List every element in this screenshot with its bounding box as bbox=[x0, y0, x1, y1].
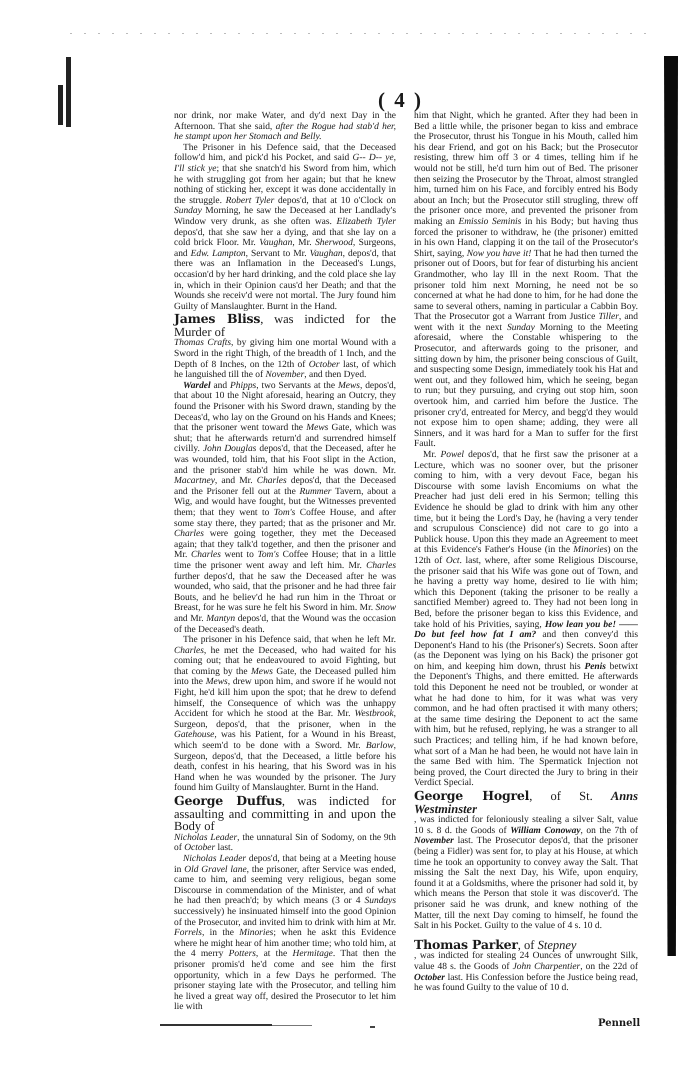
italic-text: October bbox=[184, 843, 215, 853]
scan-artifact-top bbox=[70, 33, 650, 34]
text: That he had then turned the prisoner out… bbox=[414, 249, 638, 323]
page-number: ( 4 ) bbox=[378, 88, 423, 113]
place-name: Tom's bbox=[257, 550, 279, 560]
case-heading-bliss: James Bliss, was indicted for the Murder… bbox=[174, 313, 396, 338]
text: The prisoner in his Defence said, that w… bbox=[183, 635, 396, 645]
case-heading-hogrel: George Hogrel, of St. Anns Westminster bbox=[414, 790, 638, 815]
witness-name: Sherwood bbox=[315, 238, 353, 248]
witness-name: Westbrook bbox=[354, 709, 393, 719]
witness-name: Mantyn bbox=[206, 614, 235, 624]
text: last. The Prosecutor depos'd, that the p… bbox=[414, 836, 638, 931]
case-body-hogrel: , was indicted for feloniously stealing … bbox=[414, 815, 638, 932]
person-name: Tiller bbox=[598, 312, 618, 322]
text: depos'd, that at 10 o'Clock on bbox=[274, 196, 396, 206]
witness-name: Phipps bbox=[230, 381, 256, 391]
case-indictment-duffus: Nicholas Leader, the unnatural Sin of So… bbox=[174, 833, 396, 854]
witness-name: Wardel bbox=[183, 381, 211, 391]
binding-shadow-left bbox=[66, 57, 71, 127]
italic-text: Sundays bbox=[365, 896, 396, 906]
person-name: Forrels bbox=[174, 928, 202, 938]
place-name: Mews bbox=[206, 677, 228, 687]
text: Mr. bbox=[423, 450, 440, 460]
witness-name: Vaughan bbox=[259, 238, 292, 248]
text: , of St. bbox=[529, 789, 611, 803]
witness-name: Snow bbox=[376, 603, 396, 613]
catchword: Pennell bbox=[598, 1018, 640, 1029]
text: , at the bbox=[256, 949, 293, 959]
text: , and Mr. bbox=[215, 476, 257, 486]
witness-name: Charles bbox=[174, 646, 204, 656]
text: Morning to the Meeting aforesaid, where … bbox=[414, 323, 638, 450]
paragraph-leader-testimony: Nicholas Leader depos'd, that being at a… bbox=[174, 854, 396, 1013]
witness-name: Nicholas Leader bbox=[183, 854, 246, 864]
text: , of bbox=[518, 938, 538, 952]
paragraph-prisoner-defence: The Prisoner in his Defence said, that t… bbox=[174, 143, 396, 313]
case-body-parker: , was indicted for stealing 24 Ounces of… bbox=[414, 951, 638, 993]
paragraph-leader-testimony-cont: him that Night, which he granted. After … bbox=[414, 111, 638, 450]
text: depos'd, that he first saw the prisoner … bbox=[414, 450, 638, 555]
scan-artifact-bottom bbox=[160, 1024, 272, 1026]
italic-text: Sunday bbox=[174, 206, 202, 216]
binding-shadow-left-inner bbox=[58, 85, 63, 125]
text: . last, where, after some Religious Disc… bbox=[414, 556, 638, 630]
italic-text: Penis bbox=[584, 662, 606, 672]
place-name: Rummer bbox=[300, 487, 332, 497]
text: last. bbox=[215, 843, 233, 853]
victim-name: John Charpentier bbox=[513, 962, 581, 972]
binding-edge-right bbox=[664, 56, 678, 956]
scan-artifact-bottom bbox=[272, 1025, 312, 1026]
place-name: Potters bbox=[229, 949, 256, 959]
paragraph-witnesses-bliss: Wardel and Phipps, two Servants at the M… bbox=[174, 381, 396, 635]
case-heading-duffus: George Duffus, was indicted for assaulti… bbox=[174, 795, 396, 833]
italic-text: Emissio Seminis bbox=[458, 217, 521, 227]
place-name: Minories bbox=[239, 928, 273, 938]
text: and bbox=[211, 381, 230, 391]
text: successively) he insinuated himself into… bbox=[174, 907, 396, 928]
victim-name: William Conoway bbox=[510, 826, 580, 836]
witness-name: Charles bbox=[257, 476, 287, 486]
place-name: Old Gravel lane bbox=[184, 865, 246, 875]
witness-name: Edw. Lampton bbox=[191, 249, 246, 259]
text: , and then Dyed. bbox=[304, 370, 366, 380]
text: further depos'd, that he saw the Decease… bbox=[174, 572, 396, 614]
italic-text: Now you have it! bbox=[467, 249, 532, 259]
victim-name: Thomas Crafts bbox=[174, 338, 231, 348]
text: , two Servants at the bbox=[256, 381, 338, 391]
scanned-document-page: ( 4 ) nor drink, nor make Water, and dy'… bbox=[0, 0, 700, 1088]
paragraph-testimony-end: nor drink, nor make Water, and dy'd next… bbox=[174, 111, 396, 143]
paragraph-bliss-defence: The prisoner in his Defence said, that w… bbox=[174, 635, 396, 794]
witness-name: Elizabeth Tyler bbox=[337, 217, 397, 227]
place-name: Minories bbox=[573, 545, 607, 555]
italic-text: October bbox=[309, 360, 340, 370]
witness-name: Barlow bbox=[366, 741, 394, 751]
italic-text: October bbox=[414, 973, 445, 983]
witness-name: Robert Tyler bbox=[226, 196, 275, 206]
right-column: him that Night, which he granted. After … bbox=[414, 111, 638, 994]
text: , in the bbox=[202, 928, 239, 938]
italic-text: Oct bbox=[446, 556, 460, 566]
witness-name: Charles bbox=[366, 561, 396, 571]
text: , Servant to Mr. bbox=[246, 249, 310, 259]
place-name: Tom's bbox=[274, 508, 296, 518]
witness-name: Charles bbox=[174, 529, 204, 539]
text: and Mr. bbox=[174, 614, 206, 624]
witness-name: Macartney bbox=[174, 476, 215, 486]
text: last. His Confession before the Justice … bbox=[414, 973, 638, 994]
case-heading-parker: Thomas Parker, of Stepney bbox=[414, 939, 638, 952]
left-column: nor drink, nor make Water, and dy'd next… bbox=[174, 111, 396, 1013]
place-name: Stepney bbox=[538, 938, 577, 952]
victim-name: Nicholas Leader bbox=[174, 833, 237, 843]
witness-name: Powel bbox=[440, 450, 464, 460]
text: , on the 7th of bbox=[581, 826, 638, 836]
paragraph-powel-testimony: Mr. Powel depos'd, that he first saw the… bbox=[414, 450, 638, 789]
place-name: Hermitage bbox=[293, 949, 333, 959]
place-name: Gatehouse bbox=[174, 730, 214, 740]
case-indictment-bliss: Thomas Crafts, by giving him one mortal … bbox=[174, 338, 396, 380]
place-name: Mews bbox=[251, 667, 273, 677]
witness-name: John Douglas bbox=[203, 444, 256, 454]
text: , Mr. bbox=[292, 238, 315, 248]
witness-name: Vaughan bbox=[310, 249, 343, 259]
italic-text: November bbox=[414, 836, 454, 846]
text: , on the 22d of bbox=[580, 962, 638, 972]
place-name: Mews bbox=[306, 423, 328, 433]
scan-artifact-dot bbox=[370, 1026, 375, 1028]
italic-text: November bbox=[265, 370, 304, 380]
witness-name: Charles bbox=[191, 550, 221, 560]
place-name: Mews bbox=[338, 381, 360, 391]
text: him that Night, which he granted. After … bbox=[414, 111, 638, 227]
text: went to bbox=[221, 550, 258, 560]
defendant-name: Thomas Parker bbox=[414, 937, 518, 952]
italic-text: Sunday bbox=[507, 323, 535, 333]
text: betwixt the Deponent's Thighs, and there… bbox=[414, 662, 638, 789]
